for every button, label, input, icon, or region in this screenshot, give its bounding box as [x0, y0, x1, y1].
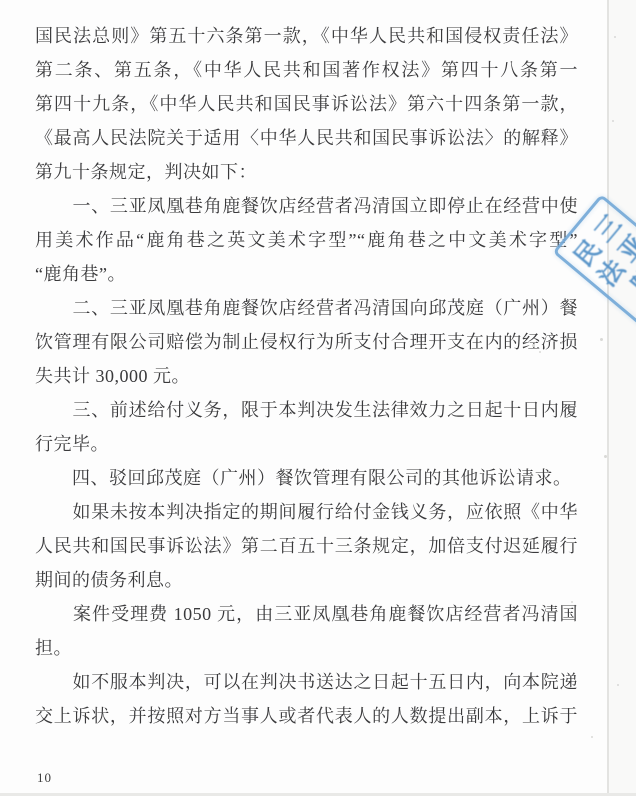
text-line: 饮管理有限公司赔偿为制止侵权行为所支付合理开支在内的经济损 — [35, 325, 578, 359]
text-line: 如果未按本判决指定的期间履行给付金钱义务，应依照《中华 — [35, 495, 578, 529]
text-line: 交上诉状，并按照对方当事人或者代表人的人数提出副本，上诉于 — [35, 699, 578, 733]
text-line: 失共计 30,000 元。 — [35, 359, 578, 393]
scan-noise-dot — [600, 338, 603, 341]
judgment-text: 国民法总则》第五十六条第一款，《中华人民共和国侵权责任法》第二条、第五条，《中华… — [35, 19, 578, 733]
scan-noise-dot — [571, 601, 573, 603]
text-line: 三、前述给付义务，限于本判决发生法律效力之日起十日内履 — [35, 393, 578, 427]
text-line: 四、驳回邱茂庭（广州）餐饮管理有限公司的其他诉讼请求。 — [35, 461, 578, 495]
text-line: 担。 — [35, 631, 578, 665]
scan-edge-line — [607, 0, 609, 796]
text-line: 一、三亚凤凰巷角鹿餐饮店经营者冯清国立即停止在经营中使 — [35, 189, 578, 223]
text-line: 期间的债务利息。 — [35, 563, 578, 597]
scan-noise-dot — [591, 736, 593, 738]
text-line: 案件受理费 1050 元，由三亚凤凰巷角鹿餐饮店经营者冯清国负 — [35, 597, 578, 631]
scan-noise-dot — [612, 120, 614, 122]
text-line: 行完毕。 — [35, 427, 578, 461]
text-line: 《最高人民法院关于适用〈中华人民共和国民事诉讼法〉的解释》 — [35, 121, 578, 155]
text-line: 第四十九条，《中华人民共和国民事诉讼法》第六十四条第一款， — [35, 87, 578, 121]
text-line: 第九十条规定，判决如下： — [35, 155, 578, 189]
scan-noise-dot — [561, 342, 563, 344]
text-line: 用美术作品“鹿角巷之英文美术字型”“鹿角巷之中文美术字型” — [35, 223, 578, 257]
text-line: 如不服本判决，可以在判决书送达之日起十五日内，向本院递 — [35, 665, 578, 699]
scan-noise-dot — [532, 344, 535, 347]
scan-noise-dot — [614, 36, 616, 38]
text-line: 第二条、第五条，《中华人民共和国著作权法》第四十八条第一项、 — [35, 53, 578, 87]
text-line: 人民共和国民事诉讼法》第二百五十三条规定，加倍支付迟延履行 — [35, 529, 578, 563]
page-number: 10 — [37, 770, 52, 786]
scanned-judgment-page: 国民法总则》第五十六条第一款，《中华人民共和国侵权责任法》第二条、第五条，《中华… — [0, 0, 636, 796]
text-line: 二、三亚凤凰巷角鹿餐饮店经营者冯清国向邱茂庭（广州）餐 — [35, 291, 578, 325]
text-line: 国民法总则》第五十六条第一款，《中华人民共和国侵权责任法》 — [35, 19, 578, 53]
text-line: “鹿角巷”。 — [35, 257, 578, 291]
scan-noise-dot — [617, 684, 619, 686]
scan-noise-dot — [539, 351, 541, 353]
scan-noise-dot — [604, 455, 607, 458]
